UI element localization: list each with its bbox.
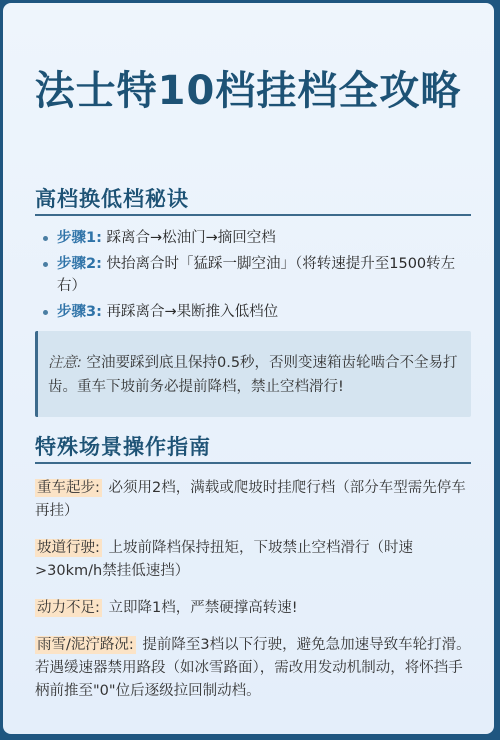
bullet-icon (43, 262, 48, 267)
step-label: 步骤1: (57, 230, 102, 246)
step-text: 快抬离合时「猛踩一脚空油」（将转速提升至1500转左右） (57, 256, 455, 294)
bullet-icon (43, 236, 48, 241)
section-heading-downshift: 高档换低档秘诀 (35, 183, 189, 213)
step-text: 再踩离合→果断推入低档位 (107, 304, 279, 320)
section-divider (35, 214, 471, 216)
note-text: 空油要踩到底且保持0.5秒，否则变速箱齿轮啮合不全易打齿。重车下坡前务必提前降档… (48, 355, 458, 395)
scenario-item: 坡道行驶: 上坡前降档保持扭矩，下坡禁止空档滑行（时速>30km/h禁挂低速挡） (35, 537, 473, 583)
step-item: 步骤1: 踩离合→松油门→摘回空档 (43, 227, 468, 249)
step-item: 步骤2: 快抬离合时「猛踩一脚空油」（将转速提升至1500转左右） (43, 253, 468, 297)
scenario-item: 动力不足: 立即降1档，严禁硬撑高转速! (35, 597, 473, 620)
scenario-text: 立即降1档，严禁硬撑高转速! (109, 600, 298, 616)
step-label: 步骤3: (57, 304, 102, 320)
scenario-label: 动力不足: (35, 599, 102, 617)
step-item: 步骤3: 再踩离合→果断推入低档位 (43, 301, 468, 323)
warning-note: 注意: 空油要踩到底且保持0.5秒，否则变速箱齿轮啮合不全易打齿。重车下坡前务必… (35, 331, 471, 417)
note-label: 注意: (48, 355, 82, 371)
section-divider (35, 462, 471, 464)
scenario-label: 坡道行驶: (35, 539, 102, 557)
downshift-steps-list: 步骤1: 踩离合→松油门→摘回空档 步骤2: 快抬离合时「猛踩一脚空油」（将转速… (43, 227, 468, 323)
scenario-item: 重车起步: 必须用2档，满载或爬坡时挂爬行档（部分车型需先停车再挂） (35, 477, 473, 523)
page-title: 法士特10档挂档全攻略 (33, 61, 463, 121)
scenario-label: 重车起步: (35, 479, 102, 497)
scenario-item: 雨雪/泥泞路况: 提前降至3档以下行驶，避免急加速导致车轮打滑。若遇缓速器禁用路… (35, 634, 473, 703)
step-text: 踩离合→松油门→摘回空档 (107, 230, 276, 246)
bullet-icon (43, 310, 48, 315)
section-heading-special: 特殊场景操作指南 (35, 431, 211, 461)
scenario-label: 雨雪/泥泞路况: (35, 636, 136, 654)
step-label: 步骤2: (57, 256, 102, 272)
scenario-list: 重车起步: 必须用2档，满载或爬坡时挂爬行档（部分车型需先停车再挂） 坡道行驶:… (35, 477, 473, 717)
guide-card: 法士特10档挂档全攻略 高档换低档秘诀 步骤1: 踩离合→松油门→摘回空档 步骤… (3, 3, 494, 734)
